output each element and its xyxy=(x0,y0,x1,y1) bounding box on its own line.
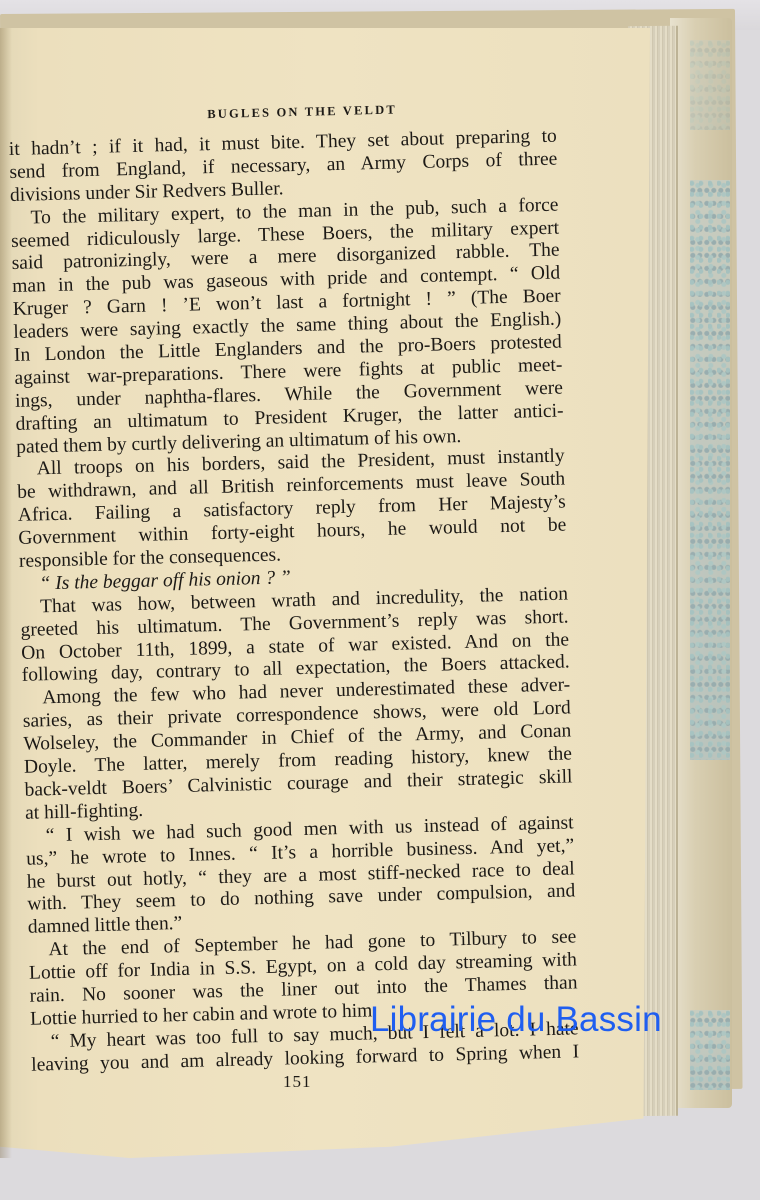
page-text-block: BUGLES ON THE VELDT it hadn’t ; if it ha… xyxy=(8,99,579,1078)
cover-speckle-pattern xyxy=(690,40,730,130)
cover-speckle-pattern xyxy=(690,1010,730,1090)
page-number: 151 xyxy=(283,1072,312,1092)
watermark-text: Librairie du Bassin xyxy=(370,1000,662,1040)
cover-speckle-pattern xyxy=(690,180,730,760)
